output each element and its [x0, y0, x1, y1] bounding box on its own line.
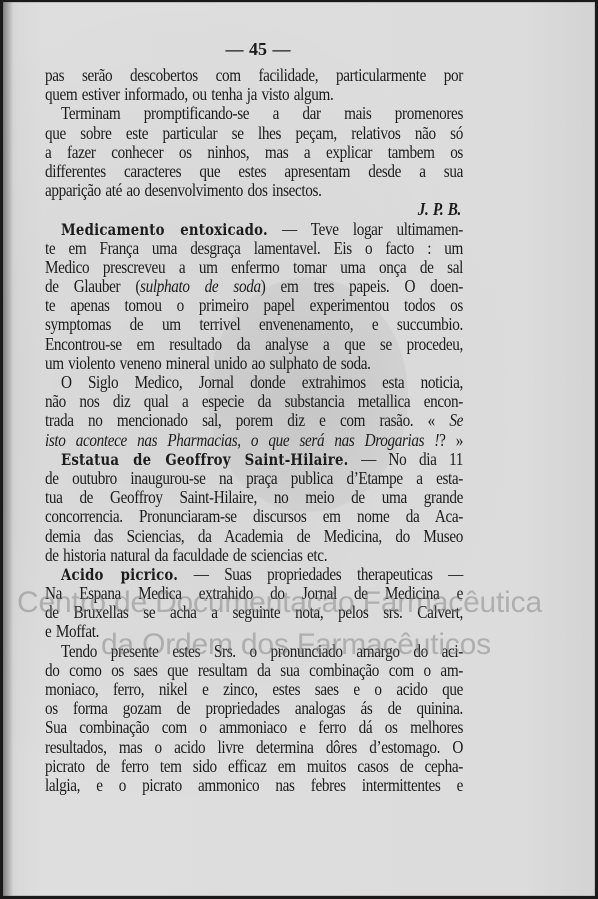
line-text: — No dia 11 — [361, 449, 463, 469]
italic-text: Se — [449, 411, 463, 431]
watermark-line-1: Centro de Documentação Farmacêutica — [17, 586, 542, 620]
line-text: Sua combinação com o ammoniaco e ferro d… — [45, 718, 463, 738]
signature: J. P. B. — [418, 200, 461, 220]
scanned-page: — 45 — pas serão descobertos com facilid… — [3, 2, 595, 896]
spine-shadow — [3, 2, 13, 896]
line-text: de historia natural da faculdade de scie… — [45, 545, 327, 565]
watermark-line-2: da Ordem dos Farmacêuticos — [101, 628, 491, 662]
line-text: Terminam promptificando-se a dar mais pr… — [61, 104, 463, 124]
line-text: resultados, mas o acido livre determina … — [45, 737, 463, 757]
line-text: que sobre este particular se lhes peçam,… — [45, 123, 463, 143]
italic-text: isto acontece nas Pharmacias, o que será… — [45, 430, 439, 450]
line-text: e Moffat. — [45, 622, 99, 642]
line-text: concorrencia. Pronunciaram-se discursos … — [45, 507, 463, 527]
line-text: demia das Sciencias, da Academia de Medi… — [45, 526, 463, 546]
line-text: picrato de ferro tem sido efficaz em mui… — [45, 756, 463, 776]
line-text: lalgia, e o picrato ammonico nas febres … — [45, 775, 463, 795]
line-text: te em França uma desgraça lamentavel. Ei… — [45, 238, 463, 258]
line-text: a fazer conhecer os ninhos, mas a explic… — [45, 142, 463, 162]
page-number: — 45 — — [53, 38, 463, 66]
line-text: ? » — [439, 430, 463, 450]
line-text: trada no mencionado sal, porem diz e com… — [45, 411, 449, 431]
text-line: lalgia, e o picrato ammonico nas febres … — [45, 774, 463, 797]
line-text: — Teve logar ultimamen- — [282, 219, 463, 239]
text-column: — 45 — pas serão descobertos com facilid… — [45, 38, 463, 795]
body-text: pas serão descobertos com facilidade, pa… — [45, 66, 463, 795]
line-text: Encontrou-se em resultado da analyse a q… — [45, 334, 463, 354]
line-text: symptomas de um terrivel envenenamento, … — [45, 315, 463, 335]
